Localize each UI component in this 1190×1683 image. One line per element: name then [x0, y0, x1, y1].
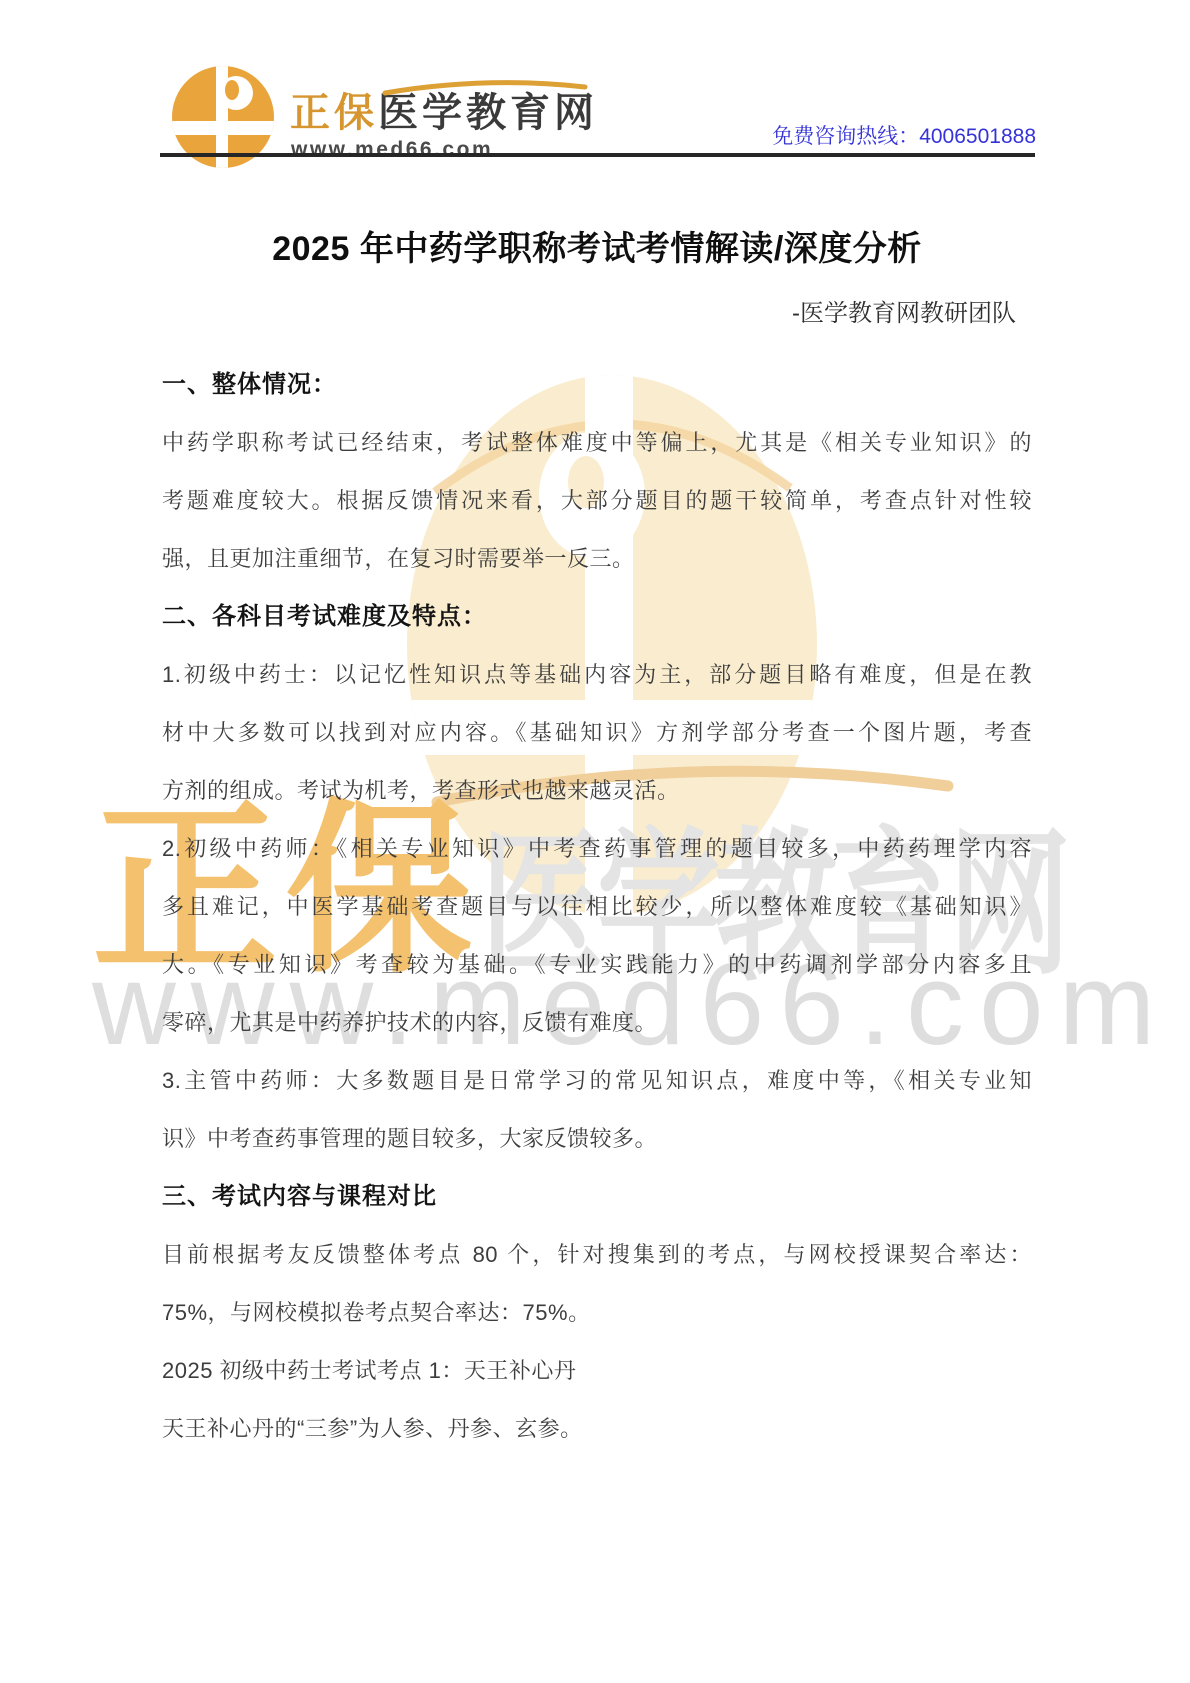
paragraph-line: 天王补心丹的“三参”为人参、丹参、玄参。 — [162, 1400, 1032, 1458]
section-heading: 二、各科目考试难度及特点： — [162, 588, 1032, 646]
paragraph-line: 识》中考查药事管理的题目较多，大家反馈较多。 — [162, 1110, 1032, 1168]
article-byline: -医学教育网教研团队 — [162, 294, 1032, 334]
paragraph-line: 多且难记，中医学基础考查题目与以往相比较少，所以整体难度较《基础知识》 — [162, 878, 1032, 936]
brand-name-gold: 正保 — [290, 91, 378, 135]
paragraph-line: 零碎，尤其是中药养护技术的内容，反馈有难度。 — [162, 994, 1032, 1052]
paragraph-line: 方剂的组成。考试为机考，考查形式也越来越灵活。 — [162, 762, 1032, 820]
article-body: 一、整体情况：中药学职称考试已经结束，考试整体难度中等偏上，尤其是《相关专业知识… — [162, 356, 1032, 1458]
paragraph-line: 2.初级中药师：《相关专业知识》中考查药事管理的题目较多，中药药理学内容 — [162, 820, 1032, 878]
paragraph-line: 大。《专业知识》考查较为基础。《专业实践能力》的中药调剂学部分内容多且 — [162, 936, 1032, 994]
paragraph-line: 目前根据考友反馈整体考点 80 个，针对搜集到的考点，与网校授课契合率达： — [162, 1226, 1032, 1284]
brand-name-rest: 医学教育网 — [378, 91, 598, 135]
brand-name: 正保医学教育网 — [290, 92, 598, 134]
brand-url: www.med66.com — [291, 138, 493, 162]
section-heading: 三、考试内容与课程对比 — [162, 1168, 1032, 1226]
page-title: 2025 年中药学职称考试考情解读/深度分析 — [162, 226, 1032, 272]
paragraph-line: 3.主管中药师：大多数题目是日常学习的常见知识点，难度中等，《相关专业知 — [162, 1052, 1032, 1110]
header-divider — [160, 153, 1035, 157]
paragraph-line: 1.初级中药士：以记忆性知识点等基础内容为主，部分题目略有难度，但是在教 — [162, 646, 1032, 704]
hotline-text: 免费咨询热线：4006501888 — [772, 120, 1036, 150]
paragraph-line: 75%，与网校模拟卷考点契合率达：75%。 — [162, 1284, 1032, 1342]
document-page: 正保 医学教育网 www.med66.com — [0, 0, 1190, 1683]
paragraph-line: 考题难度较大。根据反馈情况来看，大部分题目的题干较简单，考查点针对性较 — [162, 472, 1032, 530]
article: 2025 年中药学职称考试考情解读/深度分析 -医学教育网教研团队 一、整体情况… — [162, 226, 1032, 1458]
paragraph-line: 2025 初级中药士考试考点 1：天王补心丹 — [162, 1342, 1032, 1400]
section-heading: 一、整体情况： — [162, 356, 1032, 414]
paragraph-line: 中药学职称考试已经结束，考试整体难度中等偏上，尤其是《相关专业知识》的 — [162, 414, 1032, 472]
paragraph-line: 强，且更加注重细节，在复习时需要举一反三。 — [162, 530, 1032, 588]
brand-arc-icon — [380, 74, 590, 96]
paragraph-line: 材中大多数可以找到对应内容。《基础知识》方剂学部分考查一个图片题，考查 — [162, 704, 1032, 762]
